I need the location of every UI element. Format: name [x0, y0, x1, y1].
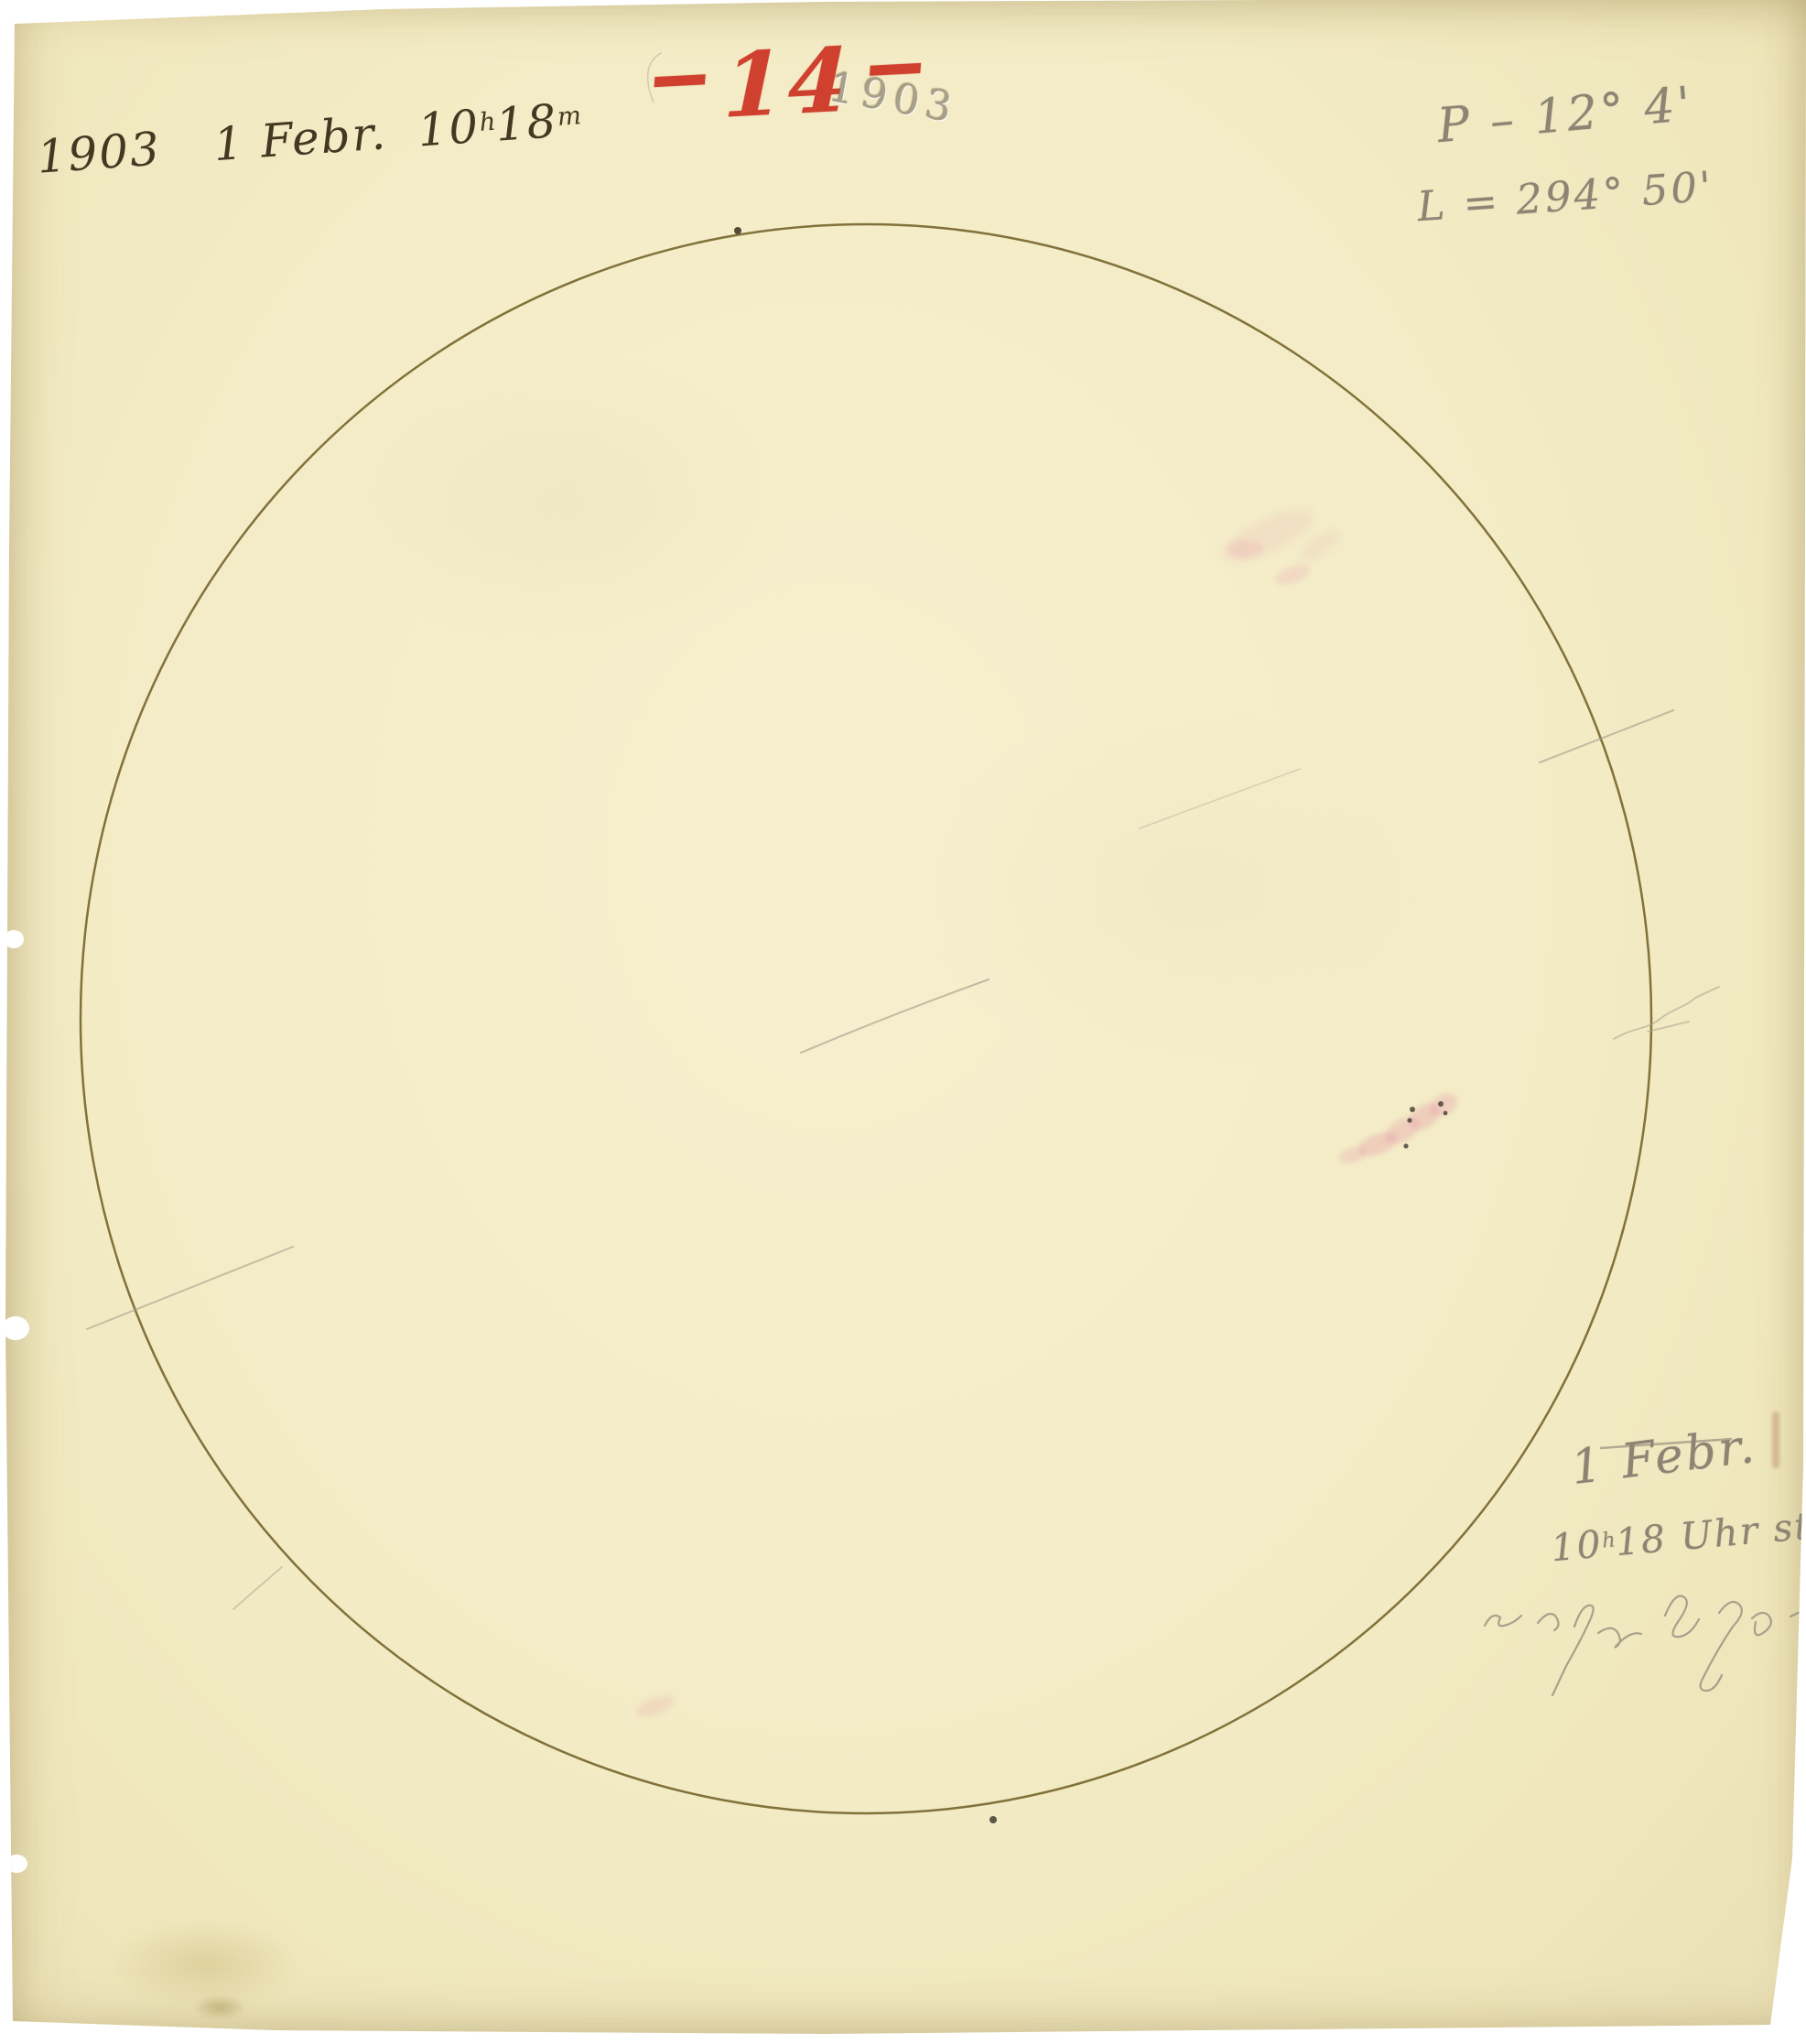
time-text: 10h18m [416, 92, 583, 157]
note-time: 10h18 Uhr st [1549, 1504, 1806, 1571]
note-hour-value: 10 [1549, 1522, 1604, 1571]
hour-value: 10 [416, 100, 481, 157]
paper-stain [194, 1995, 245, 2019]
sunspot-speck [1438, 1101, 1444, 1107]
page-number-left-dash: — [649, 22, 711, 125]
smudge-blob [1272, 561, 1313, 589]
paper-mottling [897, 696, 1465, 1080]
sunspot-speck [1410, 1107, 1415, 1112]
drawing-overlay [0, 0, 1806, 2044]
scratch-line-center [801, 979, 989, 1053]
l-separator: = [1462, 177, 1502, 228]
smudge-blob [1404, 1098, 1444, 1135]
pink-smudge-upper [1216, 499, 1345, 589]
smudge-blob [1356, 1128, 1400, 1161]
smudge-blob [1295, 525, 1345, 567]
sunspot-group [1336, 1088, 1461, 1165]
minute-value: 18 [494, 94, 560, 152]
edge-ink-streak [1772, 1411, 1779, 1468]
pencil-scratches [87, 53, 1719, 1609]
date-text: 1 Febr. [211, 106, 388, 171]
longitude-annotation: L = 294° 50' [1416, 162, 1715, 232]
smudge-blob [1227, 540, 1263, 558]
note-minute-value: 18 [1614, 1516, 1669, 1564]
paper-stain [110, 1920, 302, 2008]
smudge-blob [1336, 1144, 1368, 1166]
p-value: 12° 4' [1532, 77, 1696, 146]
paper-edge-chip [2, 1316, 29, 1340]
sun-disk-outline [81, 224, 1651, 1813]
illegible-pencil-scrawl [1485, 1596, 1806, 1695]
sunspot-speck [1403, 1143, 1408, 1148]
scratch-line-lower-left [233, 1567, 282, 1609]
l-label: L [1416, 180, 1450, 231]
paper-mottling [330, 348, 806, 659]
scan-background: 19031 Febr.10h18m — 14 — 1903 P – 12° 4'… [0, 0, 1806, 2044]
position-angle-annotation: P – 12° 4' [1435, 77, 1695, 154]
p-separator: – [1487, 92, 1519, 149]
note-rest-text: Uhr st [1679, 1504, 1806, 1559]
note-date: 1 Febr. [1568, 1419, 1759, 1496]
year-text: 1903 [36, 122, 163, 183]
minute-unit: m [557, 101, 582, 132]
sunspot-speck [1407, 1118, 1411, 1122]
date-annotation: 19031 Febr.10h18m [36, 92, 583, 183]
p-label: P [1435, 96, 1475, 154]
orientation-dot-bottom [990, 1816, 997, 1823]
smudge-blob [1381, 1112, 1424, 1150]
scratch-scribble-right-limb [1614, 987, 1719, 1039]
smudge-blob [1426, 1088, 1462, 1120]
orientation-dot-top [734, 227, 741, 234]
paper-edge-chip [5, 1855, 27, 1873]
scratch-line-center-right [1140, 769, 1300, 828]
smudge-blob [1216, 499, 1321, 571]
pink-smudge-lower [633, 1692, 677, 1721]
l-value: 294° 50' [1515, 162, 1715, 224]
paper-edge-chip [4, 930, 24, 948]
sunspot-speck [1444, 1111, 1448, 1116]
paper-sheet: 19031 Febr.10h18m — 14 — 1903 P – 12° 4'… [0, 0, 1806, 2044]
scratch-line-left [87, 1247, 293, 1329]
scratch-line-upper-right [1540, 710, 1673, 762]
